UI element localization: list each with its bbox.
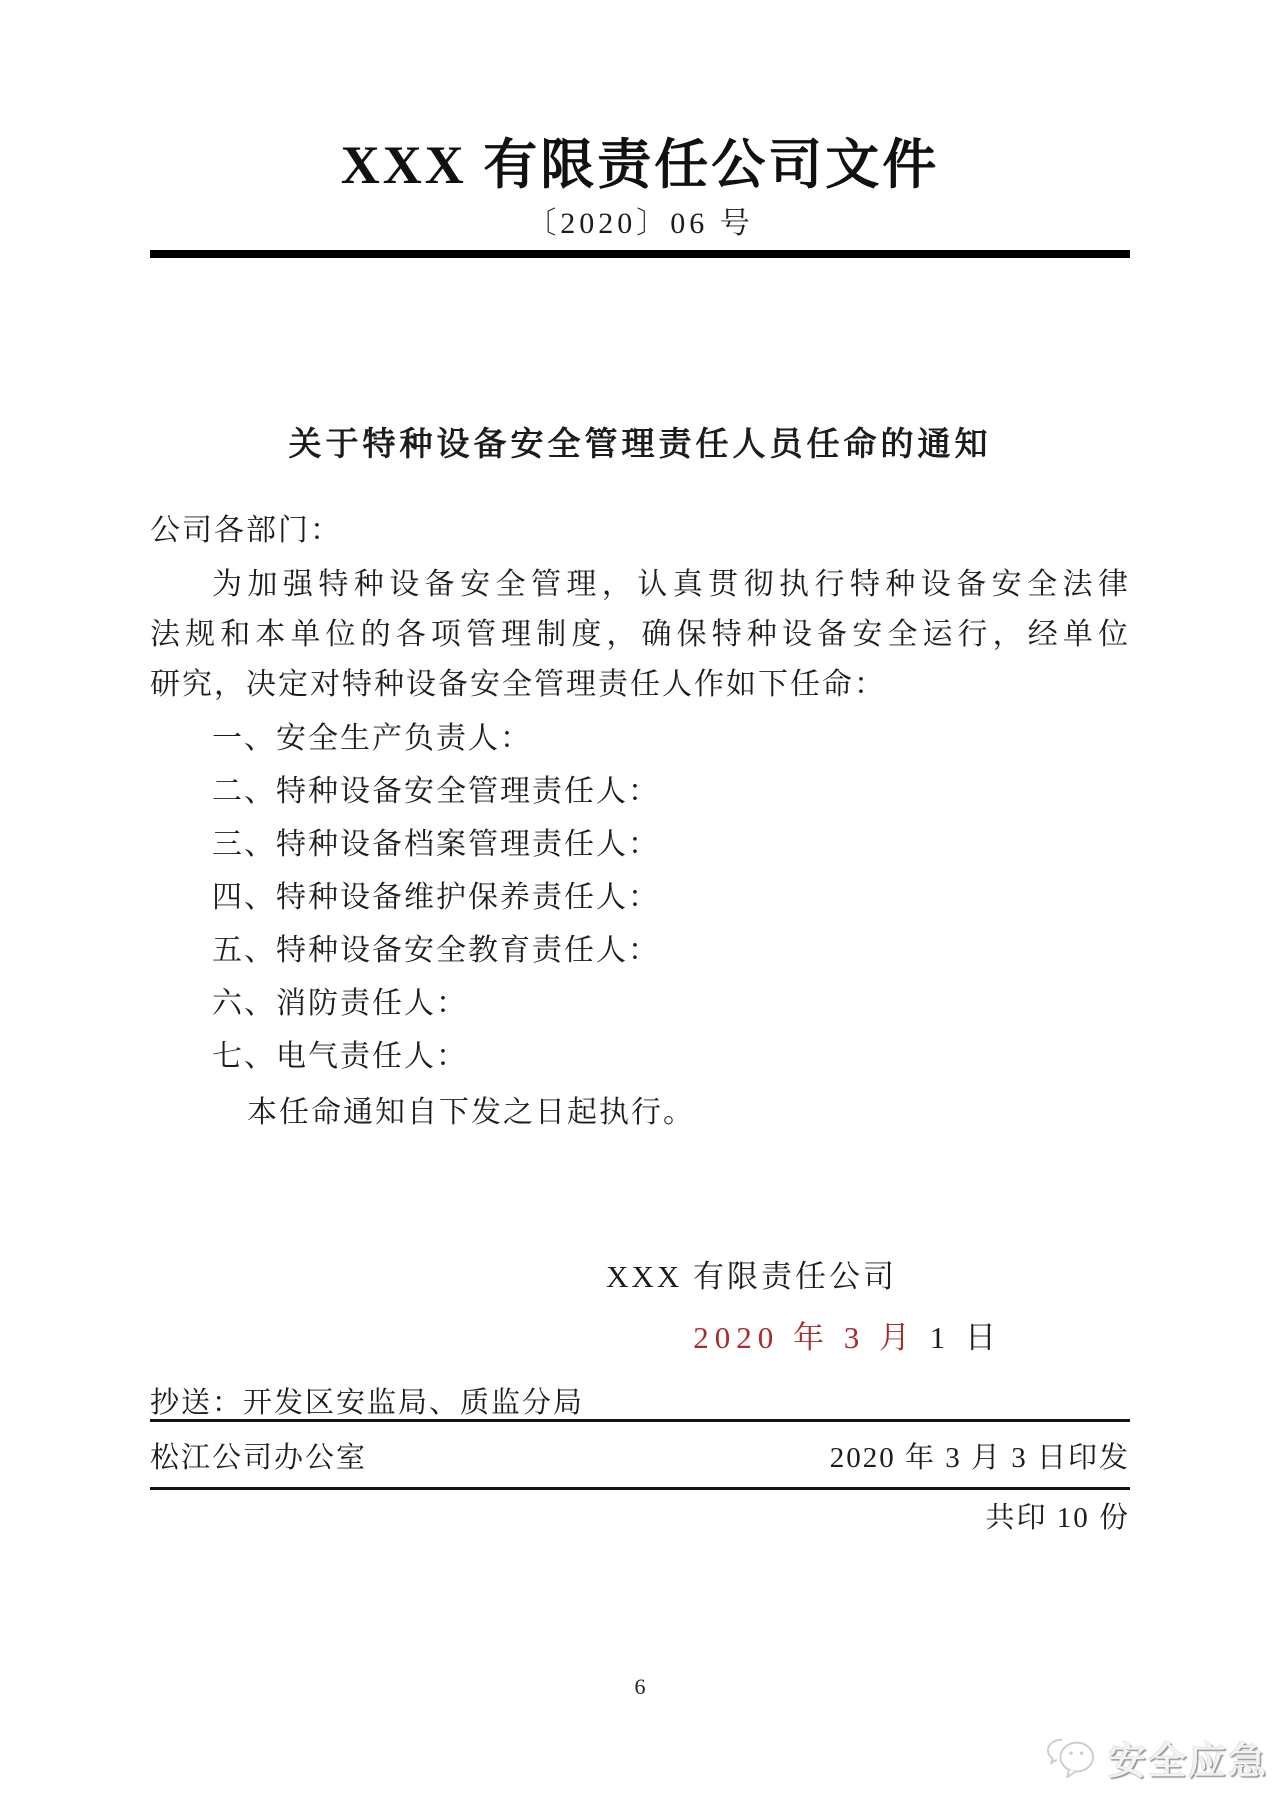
appointment-list: 一、安全生产负责人： 二、特种设备安全管理责任人： 三、特种设备档案管理责任人：… (212, 712, 660, 1083)
issuer-divider (150, 1487, 1130, 1490)
signature-date: 2020 年 3 月 1 日 (0, 1316, 1002, 1360)
appointment-item: 一、安全生产负责人： (212, 712, 660, 765)
issuer-office: 松江公司办公室 (150, 1438, 367, 1478)
signature-date-red: 2020 年 3 月 (693, 1320, 916, 1355)
watermark: 安全应急 (1042, 1730, 1268, 1785)
closing-line: 本任命通知自下发之日起执行。 (247, 1088, 695, 1138)
appointment-item: 六、消防责任人： (212, 977, 660, 1030)
salutation: 公司各部门： (150, 505, 342, 549)
appointment-item: 七、电气责任人： (212, 1030, 660, 1083)
signature-date-day: 1 日 (916, 1320, 1002, 1355)
doc-number: 〔2020〕06 号 (0, 198, 1280, 242)
letterhead-title: XXX 有限责任公司文件 (0, 122, 1280, 199)
issuer-row: 松江公司办公室 2020 年 3 月 3 日印发 (150, 1438, 1130, 1478)
signature-company: XXX 有限责任公司 (0, 1255, 897, 1299)
paragraph-line: 研究，决定对特种设备安全管理责任人作如下任命： (150, 660, 1130, 710)
wechat-icon (1042, 1734, 1100, 1782)
appointment-item: 四、特种设备维护保养责任人： (212, 871, 660, 924)
paragraph-line: 法规和本单位的各项管理制度，确保特种设备安全运行，经单位 (150, 610, 1130, 660)
appointment-item: 三、特种设备档案管理责任人： (212, 818, 660, 871)
appointment-item: 五、特种设备安全教育责任人： (212, 924, 660, 977)
page-number: 6 (0, 1674, 1280, 1700)
document-title: 关于特种设备安全管理责任人员任命的通知 (0, 418, 1280, 465)
appointment-item: 二、特种设备安全管理责任人： (212, 765, 660, 818)
watermark-label: 安全应急 (1108, 1730, 1268, 1785)
cc-divider (150, 1419, 1130, 1422)
document-page: XXX 有限责任公司文件 〔2020〕06 号 关于特种设备安全管理责任人员任命… (0, 0, 1280, 1810)
print-date: 2020 年 3 月 3 日印发 (830, 1438, 1130, 1478)
body-paragraph: 为加强特种设备安全管理，认真贯彻执行特种设备安全法律 法规和本单位的各项管理制度… (150, 560, 1130, 710)
copies-count: 共印 10 份 (150, 1498, 1130, 1538)
header-rule (150, 250, 1130, 258)
paragraph-line: 为加强特种设备安全管理，认真贯彻执行特种设备安全法律 (150, 560, 1130, 610)
cc-line: 抄送：开发区安监局、质监分局 (150, 1380, 584, 1421)
